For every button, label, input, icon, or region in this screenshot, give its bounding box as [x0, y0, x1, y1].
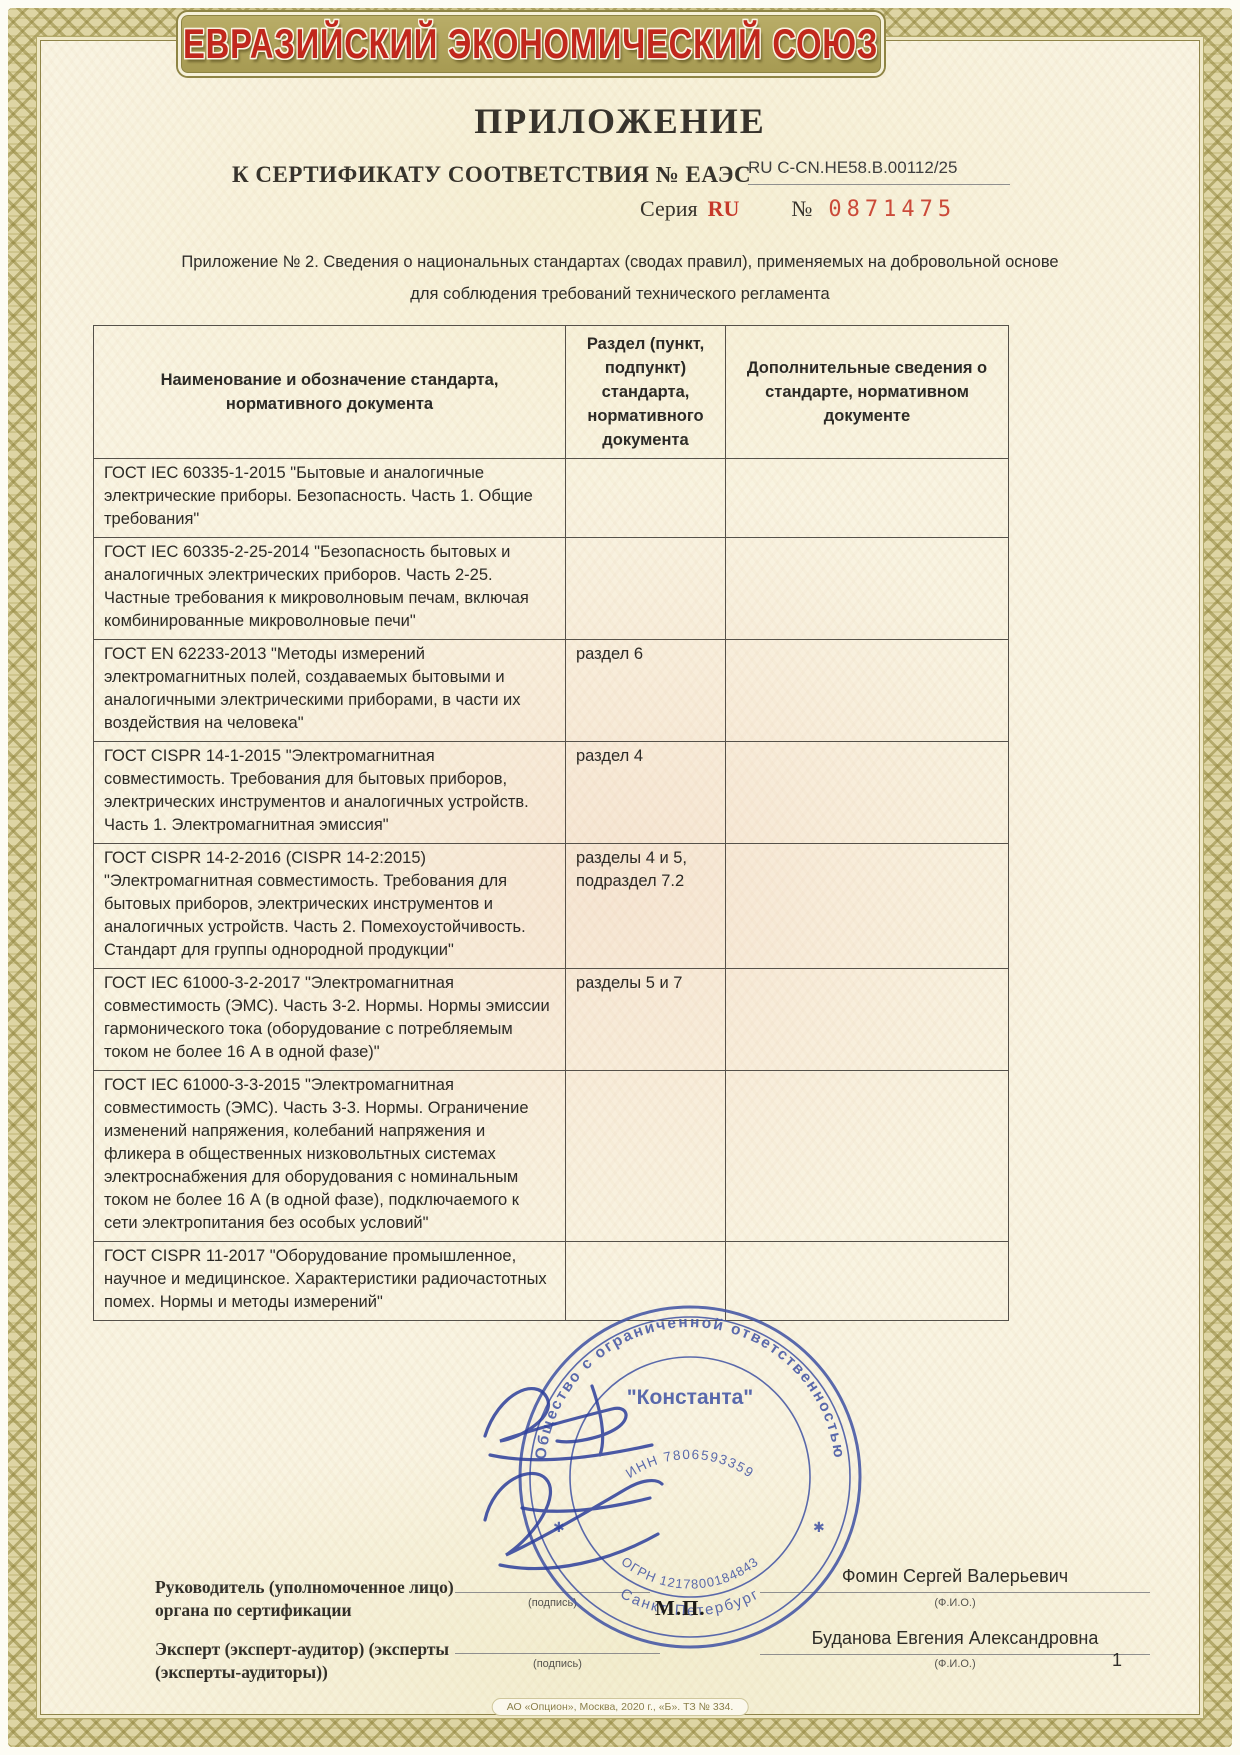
stamp-star-right: ✱	[813, 1519, 825, 1535]
series-row: СерияRU№0871475	[640, 196, 956, 222]
signature-expert	[485, 1473, 662, 1568]
table-header-row: Наименование и обозначение стандарта, но…	[94, 326, 1009, 459]
col-header-standard: Наименование и обозначение стандарта, но…	[94, 326, 566, 459]
col-header-section: Раздел (пункт, подпункт) стандарта, норм…	[566, 326, 726, 459]
intro-paragraph: Приложение № 2. Сведения о национальных …	[60, 246, 1180, 310]
standard-name-cell: ГОСТ IEC 61000-3-3-2015 "Электромагнитна…	[94, 1071, 566, 1242]
expert-signature-label: Эксперт (эксперт-аудитор) (эксперты (экс…	[155, 1638, 490, 1684]
series-value: RU	[708, 196, 740, 221]
col-header-additional: Дополнительные сведения о стандарте, нор…	[726, 326, 1009, 459]
certificate-annex-page: ЕВРАЗИЙСКИЙ ЭКОНОМИЧЕСКИЙ СОЮЗ ПРИЛОЖЕНИ…	[0, 0, 1240, 1755]
number-sign: №	[791, 196, 812, 221]
series-label: Серия	[640, 196, 698, 221]
section-cell: раздел 6	[566, 640, 726, 742]
expert-fio-caption: (Ф.И.О.)	[760, 1658, 1150, 1670]
table-row: ГОСТ CISPR 14-1-2015 "Электромагнитная с…	[94, 742, 1009, 844]
table-row: ГОСТ IEC 60335-1-2015 "Бытовые и аналоги…	[94, 459, 1009, 538]
table-row: ГОСТ IEC 60335-2-25-2014 "Безопасность б…	[94, 538, 1009, 640]
additional-cell	[726, 742, 1009, 844]
signature-head	[485, 1386, 652, 1460]
additional-cell	[726, 1071, 1009, 1242]
certificate-number: RU C-CN.HE58.B.00112/25	[748, 158, 1010, 185]
standard-name-cell: ГОСТ EN 62233-2013 "Методы измерений эле…	[94, 640, 566, 742]
expert-signature-caption: (подпись)	[455, 1658, 660, 1670]
standard-name-cell: ГОСТ CISPR 14-1-2015 "Электромагнитная с…	[94, 742, 566, 844]
table-row: ГОСТ IEC 61000-3-2-2017 "Электромагнитна…	[94, 969, 1009, 1071]
standard-name-cell: ГОСТ CISPR 14-2-2016 (CISPR 14-2:2015) "…	[94, 844, 566, 969]
banner-title: ЕВРАЗИЙСКИЙ ЭКОНОМИЧЕСКИЙ СОЮЗ	[183, 20, 878, 68]
additional-cell	[726, 459, 1009, 538]
stamp-place-label: М.П.	[655, 1596, 706, 1621]
section-cell	[566, 459, 726, 538]
standard-name-cell: ГОСТ CISPR 11-2017 "Оборудование промышл…	[94, 1242, 566, 1321]
section-cell	[566, 538, 726, 640]
section-cell: разделы 4 и 5, подраздел 7.2	[566, 844, 726, 969]
certificate-subtitle: К СЕРТИФИКАТУ СООТВЕТСТВИЯ № ЕАЭС	[232, 162, 751, 188]
section-cell: раздел 4	[566, 742, 726, 844]
head-signature-label: Руководитель (уполномоченное лицо) орган…	[155, 1576, 470, 1622]
standard-name-cell: ГОСТ IEC 61000-3-2-2017 "Электромагнитна…	[94, 969, 566, 1071]
table-row: ГОСТ IEC 61000-3-3-2015 "Электромагнитна…	[94, 1071, 1009, 1242]
printer-imprint: АО «Опцион», Москва, 2020 г., «Б». ТЗ № …	[492, 1698, 749, 1716]
standard-name-cell: ГОСТ IEC 60335-2-25-2014 "Безопасность б…	[94, 538, 566, 640]
standard-name-cell: ГОСТ IEC 60335-1-2015 "Бытовые и аналоги…	[94, 459, 566, 538]
standards-table: Наименование и обозначение стандарта, но…	[93, 325, 1009, 1321]
intro-line1: Приложение № 2. Сведения о национальных …	[60, 246, 1180, 278]
blank-number: 0871475	[828, 197, 956, 222]
additional-cell	[726, 538, 1009, 640]
table-row: ГОСТ EN 62233-2013 "Методы измерений эле…	[94, 640, 1009, 742]
additional-cell	[726, 640, 1009, 742]
additional-cell	[726, 969, 1009, 1071]
eaeu-banner: ЕВРАЗИЙСКИЙ ЭКОНОМИЧЕСКИЙ СОЮЗ	[178, 12, 884, 76]
intro-line2: для соблюдения требований технического р…	[60, 278, 1180, 310]
page-title: ПРИЛОЖЕНИЕ	[0, 100, 1240, 142]
section-cell	[566, 1071, 726, 1242]
page-number: 1	[1112, 1650, 1122, 1671]
table-row: ГОСТ CISPR 14-2-2016 (CISPR 14-2:2015) "…	[94, 844, 1009, 969]
section-cell: разделы 5 и 7	[566, 969, 726, 1071]
additional-cell	[726, 844, 1009, 969]
handwritten-signatures	[440, 1358, 730, 1593]
